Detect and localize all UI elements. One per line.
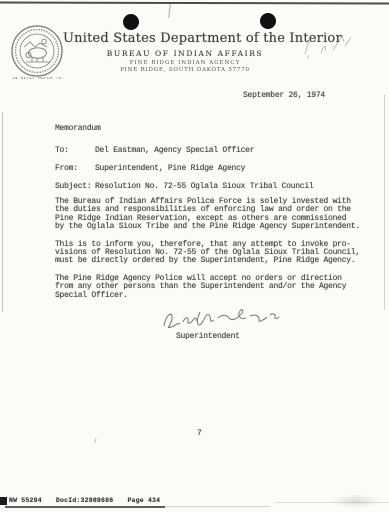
handwritten-annotation — [295, 26, 365, 66]
to-value: Del Eastman, Agency Special Officer — [95, 147, 254, 155]
memo-to-row: To: Del Eastman, Agency Special Officer — [55, 147, 254, 155]
memo-paragraph-1: The Bureau of Indian Affairs Police Forc… — [55, 198, 375, 232]
letterhead: United States Department of the Interior… — [63, 31, 307, 73]
memo-body: The Bureau of Indian Affairs Police Forc… — [55, 198, 375, 309]
superintendent-signature — [158, 302, 286, 336]
letterhead-bureau: BUREAU OF INDIAN AFFAIRS — [63, 49, 307, 58]
scan-footer-mark — [0, 497, 7, 505]
scan-right-edge-line — [384, 95, 385, 310]
footer-doc-id: DocId:32989686 — [56, 497, 113, 504]
memo-subject-row: Subject: Resolution No. 72-55 Oglala Sio… — [55, 183, 313, 191]
page-number: 7 — [197, 430, 202, 438]
scan-top-edge-line — [0, 1, 389, 4]
footer-page-label: Page 434 — [127, 497, 160, 504]
from-label: From: — [55, 165, 95, 173]
scan-left-edge-line — [2, 112, 3, 312]
reply-refer-note: IN REPLY REFER TO: — [12, 77, 64, 81]
footer-nw-number: NW 55294 — [9, 497, 42, 504]
signature-title: Superintendent — [176, 333, 240, 341]
letterhead-address: PINE RIDGE, SOUTH DAKOTA 57770 — [63, 67, 307, 73]
memo-from-row: From: Superintendent, Pine Ridge Agency — [55, 165, 245, 173]
from-value: Superintendent, Pine Ridge Agency — [95, 165, 245, 173]
archive-footer: NW 55294 DocId:32989686 Page 434 — [9, 497, 170, 504]
memo-date: September 26, 1974 — [243, 92, 325, 100]
hole-punch-right — [260, 13, 276, 29]
letterhead-agency: PINE RIDGE INDIAN AGENCY — [63, 60, 307, 66]
to-label: To: — [55, 147, 95, 155]
subject-value: Resolution No. 72-55 Oglala Sioux Tribal… — [95, 183, 313, 191]
scan-smudge — [330, 494, 382, 508]
memo-title: Memorandum — [55, 125, 101, 133]
hole-punch-left — [123, 14, 139, 30]
scan-fold-mark — [168, 4, 170, 18]
memo-paragraph-2: This is to inform you, therefore, that a… — [55, 241, 375, 266]
subject-label: Subject: — [55, 183, 95, 191]
scan-streak — [150, 506, 270, 507]
footer-underline — [5, 506, 165, 508]
department-of-interior-seal-icon — [10, 24, 64, 78]
letterhead-department: United States Department of the Interior — [63, 31, 307, 46]
scanned-memo-page: United States Department of the Interior… — [0, 0, 389, 512]
memo-paragraph-3: The Pine Ridge Agency Police will accept… — [55, 275, 375, 300]
scan-stray-mark — [94, 438, 96, 443]
